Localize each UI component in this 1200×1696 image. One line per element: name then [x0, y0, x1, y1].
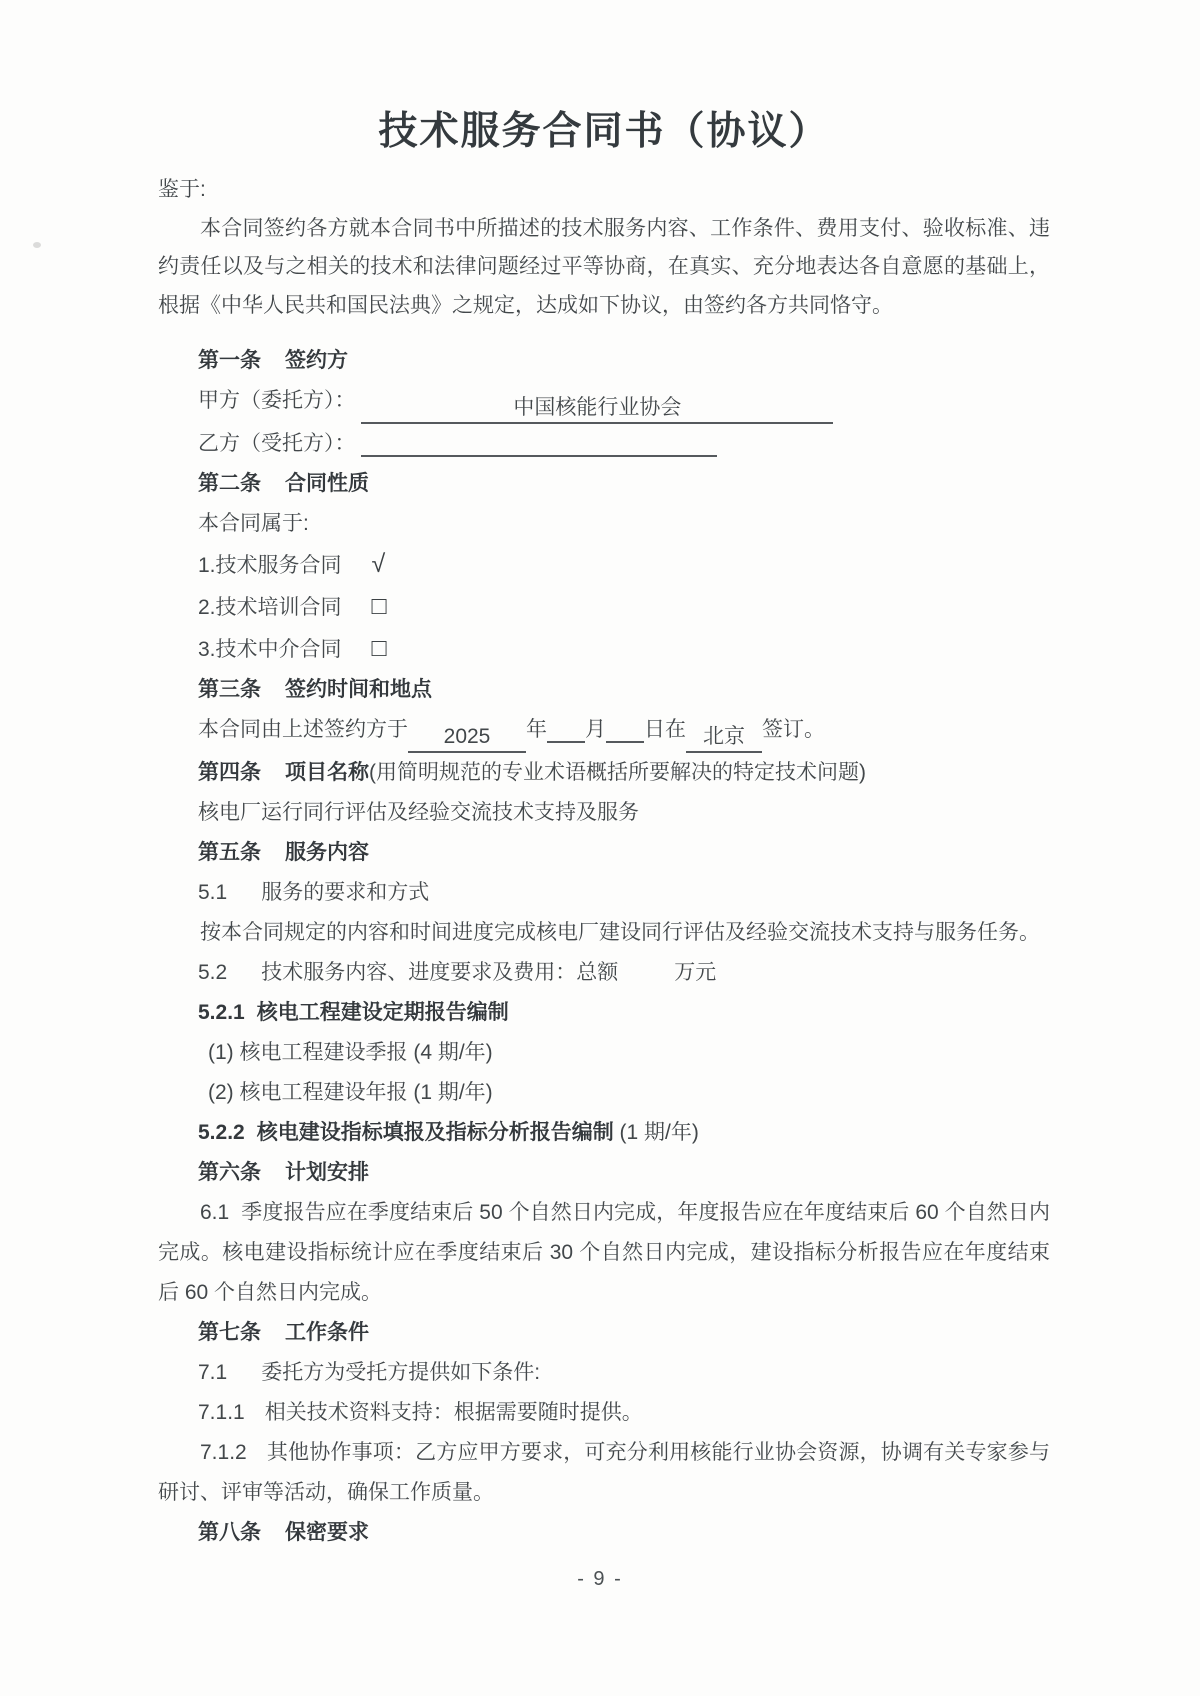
clause-title: 核电建设指标填报及指标分析报告编制 — [257, 1121, 614, 1144]
clause-number: 5.2.2 — [198, 1121, 245, 1144]
article7-title: 工作条件 — [285, 1321, 369, 1344]
clause-5-2-1: 5.2.1核电工程建设定期报告编制 — [158, 993, 1050, 1033]
clause-number: 7.1.1 — [198, 1401, 245, 1424]
article3-number: 第三条 — [198, 678, 261, 701]
checkbox-empty-icon: □ — [372, 586, 387, 626]
clause-suffix: (1 期/年) — [614, 1121, 699, 1144]
party-b-row: 乙方（受托方）： — [158, 424, 1050, 464]
article1-title: 签约方 — [285, 349, 348, 372]
article8-title: 保密要求 — [285, 1521, 369, 1544]
contract-type-option-1: 1.技术服务合同√ — [158, 544, 1050, 586]
project-name: 核电厂运行同行评估及经验交流技术支持及服务 — [158, 793, 1050, 833]
year-field: 2025 — [408, 721, 526, 753]
clause-text: 委托方为受托方提供如下条件: — [261, 1361, 540, 1384]
clause-text: 其他协作事项：乙方应甲方要求，可充分利用核能行业协会资源，协调有关专家参与研讨、… — [158, 1441, 1050, 1504]
article6-title: 计划安排 — [285, 1161, 369, 1184]
place-field: 北京 — [686, 721, 762, 753]
contract-type-option-3: 3.技术中介合同□ — [158, 628, 1050, 670]
intro-paragraph: 本合同签约各方就本合同书中所描述的技术服务内容、工作条件、费用支付、验收标准、违… — [158, 210, 1050, 325]
article8-heading: 第八条保密要求 — [158, 1513, 1050, 1553]
clause-text: 季度报告应在季度结束后 50 个自然日内完成，年度报告应在年度结束后 60 个自… — [158, 1201, 1050, 1304]
contract-type-option-2: 2.技术培训合同□ — [158, 586, 1050, 628]
article2-number: 第二条 — [198, 472, 261, 495]
clause-7-1-2-paragraph: 7.1.2其他协作事项：乙方应甲方要求，可充分利用核能行业协会资源，协调有关专家… — [158, 1433, 1050, 1513]
article4-number: 第四条 — [198, 761, 261, 784]
document-title: 技术服务合同书（协议） — [158, 108, 1050, 156]
article6-heading: 第六条计划安排 — [158, 1153, 1050, 1193]
article4-heading: 第四条项目名称(用简明规范的专业术语概括所要解决的特定技术问题) — [158, 753, 1050, 793]
option-label: 1.技术服务合同 — [198, 554, 342, 577]
article4-title: 项目名称 — [285, 761, 369, 784]
page-number: - 9 - — [0, 1568, 1200, 1591]
party-b-label: 乙方（受托方）： — [198, 432, 356, 455]
article1-heading: 第一条签约方 — [158, 341, 1050, 381]
day-field — [606, 711, 644, 743]
year-unit: 年 — [526, 718, 547, 741]
clause-7-1-1: 7.1.1相关技术资料支持：根据需要随时提供。 — [158, 1393, 1050, 1433]
month-field — [547, 711, 585, 743]
article3-heading: 第三条签约时间和地点 — [158, 670, 1050, 710]
article7-number: 第七条 — [198, 1321, 261, 1344]
clause-5-2-2: 5.2.2核电建设指标填报及指标分析报告编制 (1 期/年) — [158, 1113, 1050, 1153]
article3-title: 签约时间和地点 — [285, 678, 432, 701]
clause-5-2: 5.2技术服务内容、进度要求及费用：总额万元 — [158, 953, 1050, 993]
article7-heading: 第七条工作条件 — [158, 1313, 1050, 1353]
contract-type-lead: 本合同属于: — [158, 504, 1050, 544]
clause-5-1-paragraph: 按本合同规定的内容和时间进度完成核电厂建设同行评估及经验交流技术支持与服务任务。 — [158, 913, 1050, 953]
party-a-label: 甲方（委托方）： — [198, 389, 356, 412]
article6-number: 第六条 — [198, 1161, 261, 1184]
option-label: 2.技术培训合同 — [198, 596, 342, 619]
option-label: 3.技术中介合同 — [198, 638, 342, 661]
clause-number: 7.1 — [198, 1361, 227, 1384]
signing-date-row: 本合同由上述签约方于2025年月日在北京签订。 — [158, 710, 1050, 753]
scan-artifact — [33, 242, 41, 248]
report-item-1: (1) 核电工程建设季报 (4 期/年) — [158, 1033, 1050, 1073]
whereas-label: 鉴于: — [158, 170, 1050, 210]
article1-number: 第一条 — [198, 349, 261, 372]
document-content: 技术服务合同书（协议） 鉴于: 本合同签约各方就本合同书中所描述的技术服务内容、… — [0, 0, 1200, 1553]
party-b-field — [361, 425, 717, 457]
article4-title-note: (用简明规范的专业术语概括所要解决的特定技术问题) — [369, 761, 866, 784]
report-item-2: (2) 核电工程建设年报 (1 期/年) — [158, 1073, 1050, 1113]
article2-title: 合同性质 — [285, 472, 369, 495]
clause-number: 5.2.1 — [198, 1001, 245, 1024]
article5-number: 第五条 — [198, 841, 261, 864]
amount-unit: 万元 — [674, 961, 716, 984]
checkmark-icon: √ — [372, 544, 386, 584]
month-unit: 月 — [585, 718, 606, 741]
checkbox-empty-icon: □ — [372, 628, 387, 668]
article2-heading: 第二条合同性质 — [158, 464, 1050, 504]
day-unit: 日在 — [644, 718, 686, 741]
signing-date-prefix: 本合同由上述签约方于 — [198, 718, 408, 741]
clause-5-1: 5.1服务的要求和方式 — [158, 873, 1050, 913]
clause-6-1-paragraph: 6.1季度报告应在季度结束后 50 个自然日内完成，年度报告应在年度结束后 60… — [158, 1193, 1050, 1313]
clause-text: 相关技术资料支持：根据需要随时提供。 — [265, 1401, 643, 1424]
party-a-field: 中国核能行业协会 — [361, 392, 833, 424]
article5-heading: 第五条服务内容 — [158, 833, 1050, 873]
clause-number: 5.2 — [198, 961, 227, 984]
clause-number: 5.1 — [198, 881, 227, 904]
clause-number: 6.1 — [200, 1201, 229, 1224]
signing-date-suffix: 签订。 — [762, 718, 825, 741]
clause-text: 服务的要求和方式 — [261, 881, 429, 904]
article5-title: 服务内容 — [285, 841, 369, 864]
party-a-row: 甲方（委托方）： 中国核能行业协会 — [158, 381, 1050, 424]
clause-number: 7.1.2 — [200, 1441, 247, 1464]
article8-number: 第八条 — [198, 1521, 261, 1544]
clause-text: 技术服务内容、进度要求及费用：总额 — [261, 961, 618, 984]
contract-page: 技术服务合同书（协议） 鉴于: 本合同签约各方就本合同书中所描述的技术服务内容、… — [0, 0, 1200, 1696]
clause-title: 核电工程建设定期报告编制 — [257, 1001, 509, 1024]
clause-7-1: 7.1委托方为受托方提供如下条件: — [158, 1353, 1050, 1393]
